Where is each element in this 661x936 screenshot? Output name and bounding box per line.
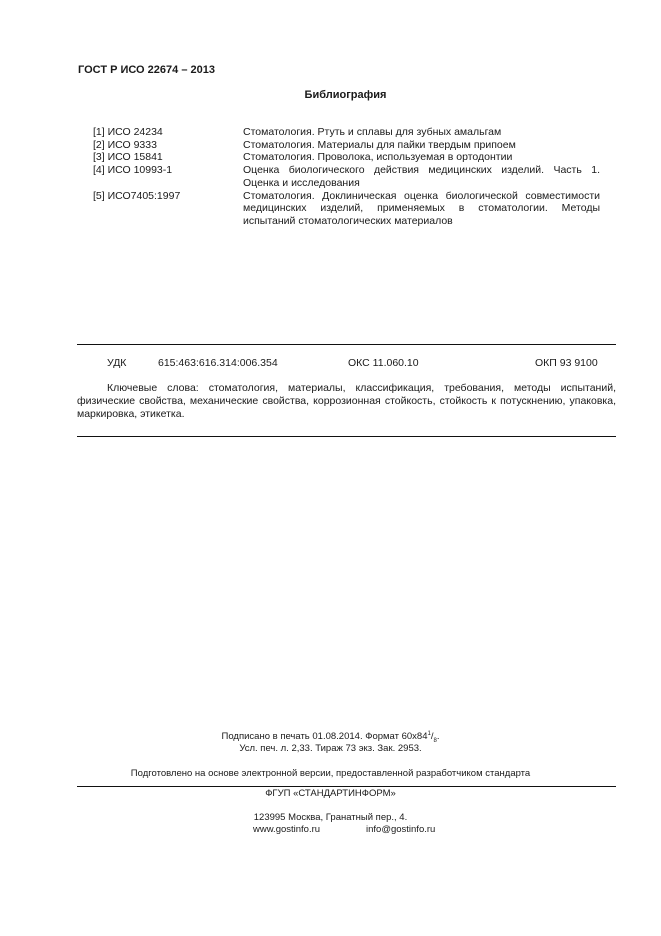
udk-value: 615:463:616.314:006.354 xyxy=(158,357,278,369)
divider-top xyxy=(77,344,616,345)
format-suffix: . xyxy=(437,731,440,742)
bibliography-item: [1] ИСО 24234 Стоматология. Ртуть и спла… xyxy=(93,126,600,139)
website-link[interactable]: www.gostinfo.ru xyxy=(253,824,320,835)
print-line: Усл. печ. л. 2,33. Тираж 73 экз. Зак. 29… xyxy=(0,743,661,754)
ref-title: Стоматология. Ртуть и сплавы для зубных … xyxy=(243,126,600,139)
keywords: Ключевые слова: стоматология, материалы,… xyxy=(77,382,616,421)
format-fraction-numerator: 1 xyxy=(428,731,431,737)
oks-code: ОКС 11.060.10 xyxy=(348,357,419,369)
bibliography-item: [3] ИСО 15841 Стоматология. Проволока, и… xyxy=(93,151,600,164)
okp-code: ОКП 93 9100 xyxy=(535,357,598,369)
ref-number: [1] ИСО 24234 xyxy=(93,126,243,139)
divider-middle xyxy=(77,436,616,437)
ref-number: [5] ИСО7405:1997 xyxy=(93,190,243,228)
bibliography-item: [2] ИСО 9333 Стоматология. Материалы для… xyxy=(93,139,600,152)
standard-code: ГОСТ Р ИСО 22674 – 2013 xyxy=(78,64,215,76)
ref-title: Стоматология. Доклиническая оценка биоло… xyxy=(243,190,600,228)
udk-label: УДК xyxy=(107,357,126,369)
prepared-note: Подготовлено на основе электронной верси… xyxy=(0,768,661,779)
section-title: Библиография xyxy=(0,89,661,101)
ref-number: [4] ИСО 10993-1 xyxy=(93,164,243,189)
ref-title: Стоматология. Материалы для пайки тверды… xyxy=(243,139,600,152)
ref-number: [3] ИСО 15841 xyxy=(93,151,243,164)
bibliography-item: [5] ИСО7405:1997 Стоматология. Доклиниче… xyxy=(93,190,600,228)
publisher: ФГУП «СТАНДАРТИНФОРМ» xyxy=(0,788,661,799)
address: 123995 Москва, Гранатный пер., 4. xyxy=(0,812,661,823)
ref-number: [2] ИСО 9333 xyxy=(93,139,243,152)
signed-text: Подписано в печать 01.08.2014. Формат 60… xyxy=(222,731,428,742)
bibliography-item: [4] ИСО 10993-1 Оценка биологического де… xyxy=(93,164,600,189)
ref-title: Стоматология. Проволока, используемая в … xyxy=(243,151,600,164)
divider-bottom xyxy=(77,786,616,787)
ref-title: Оценка биологического действия медицинск… xyxy=(243,164,600,189)
email-link[interactable]: info@gostinfo.ru xyxy=(366,824,435,835)
bibliography-list: [1] ИСО 24234 Стоматология. Ртуть и спла… xyxy=(93,126,600,228)
